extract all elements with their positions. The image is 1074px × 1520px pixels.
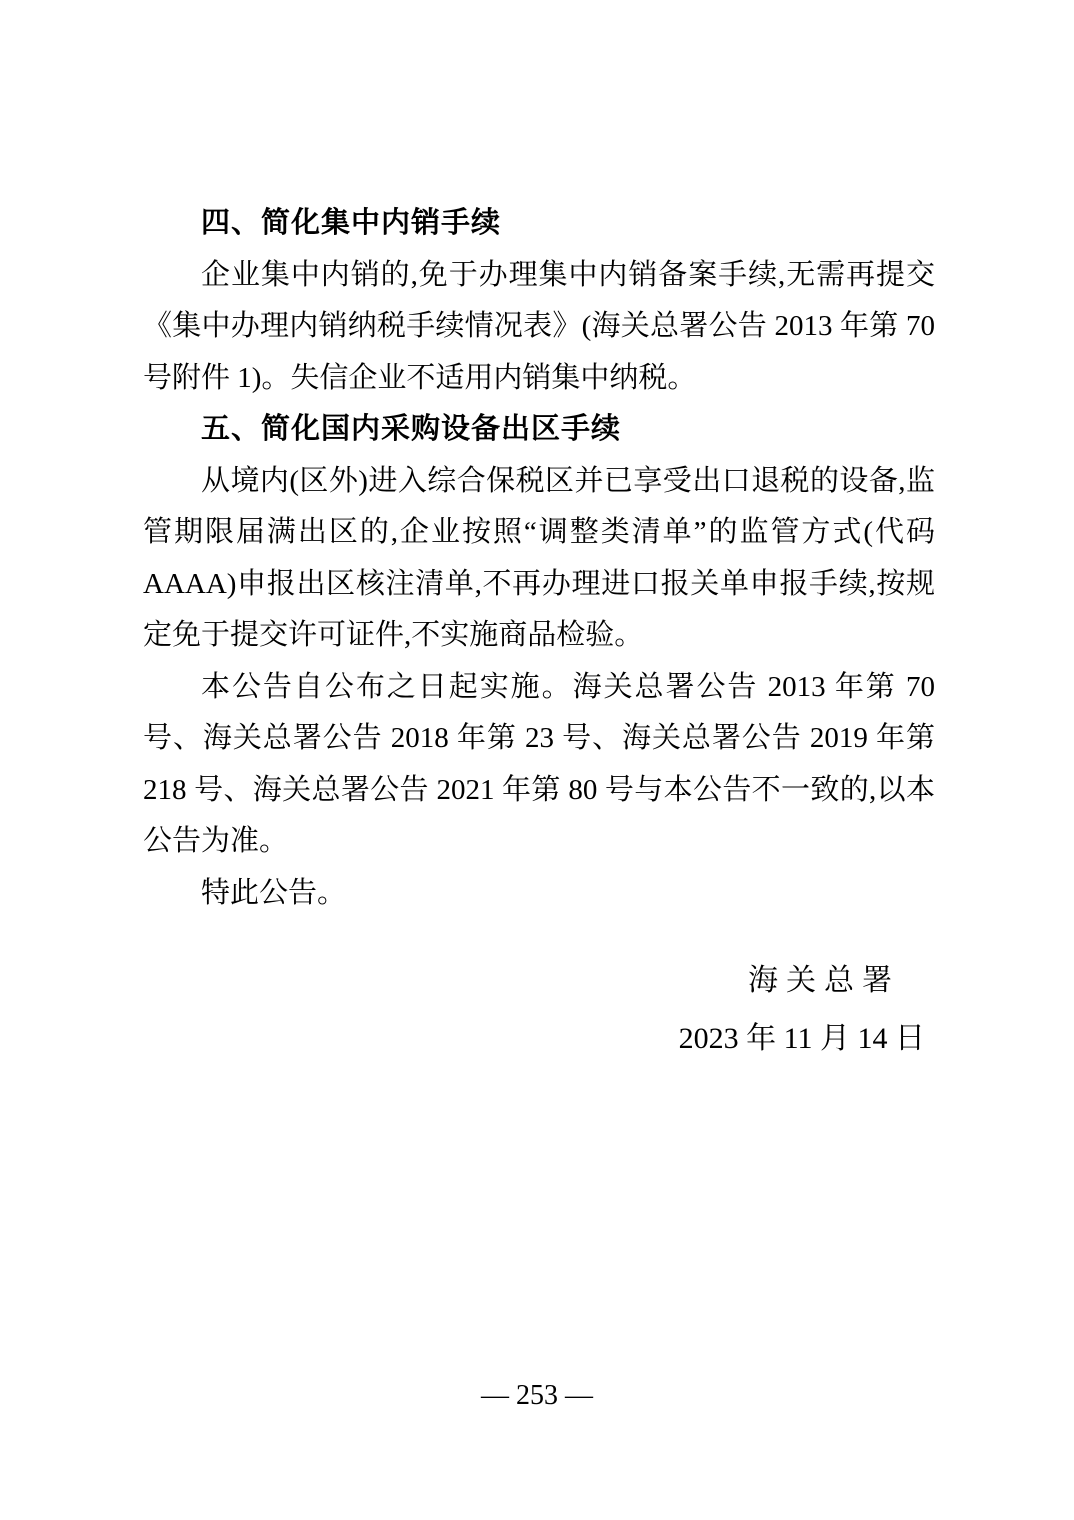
signature-date: 2023 年 11 月 14 日 [679, 1014, 925, 1064]
paragraph-equipment-exit: 从境内(区外)进入综合保税区并已享受出口退税的设备,监管期限届满出区的,企业按照… [143, 456, 935, 662]
paragraph-domestic-sales: 企业集中内销的,免于办理集中内销备案手续,无需再提交《集中办理内销纳税手续情况表… [143, 250, 935, 405]
announcement-body: 四、简化集中内销手续 企业集中内销的,免于办理集中内销备案手续,无需再提交《集中… [143, 198, 935, 919]
section-heading-4: 四、简化集中内销手续 [143, 198, 935, 250]
paragraph-effective-date: 本公告自公布之日起实施。海关总署公告 2013 年第 70 号、海关总署公告 2… [143, 662, 935, 868]
page-number: — 253 — [0, 1380, 1074, 1412]
section-heading-5: 五、简化国内采购设备出区手续 [143, 404, 935, 456]
signature-issuer: 海关总署 [748, 956, 900, 1006]
document-page: 四、简化集中内销手续 企业集中内销的,免于办理集中内销备案手续,无需再提交《集中… [0, 0, 1074, 1520]
paragraph-closing: 特此公告。 [143, 868, 935, 920]
